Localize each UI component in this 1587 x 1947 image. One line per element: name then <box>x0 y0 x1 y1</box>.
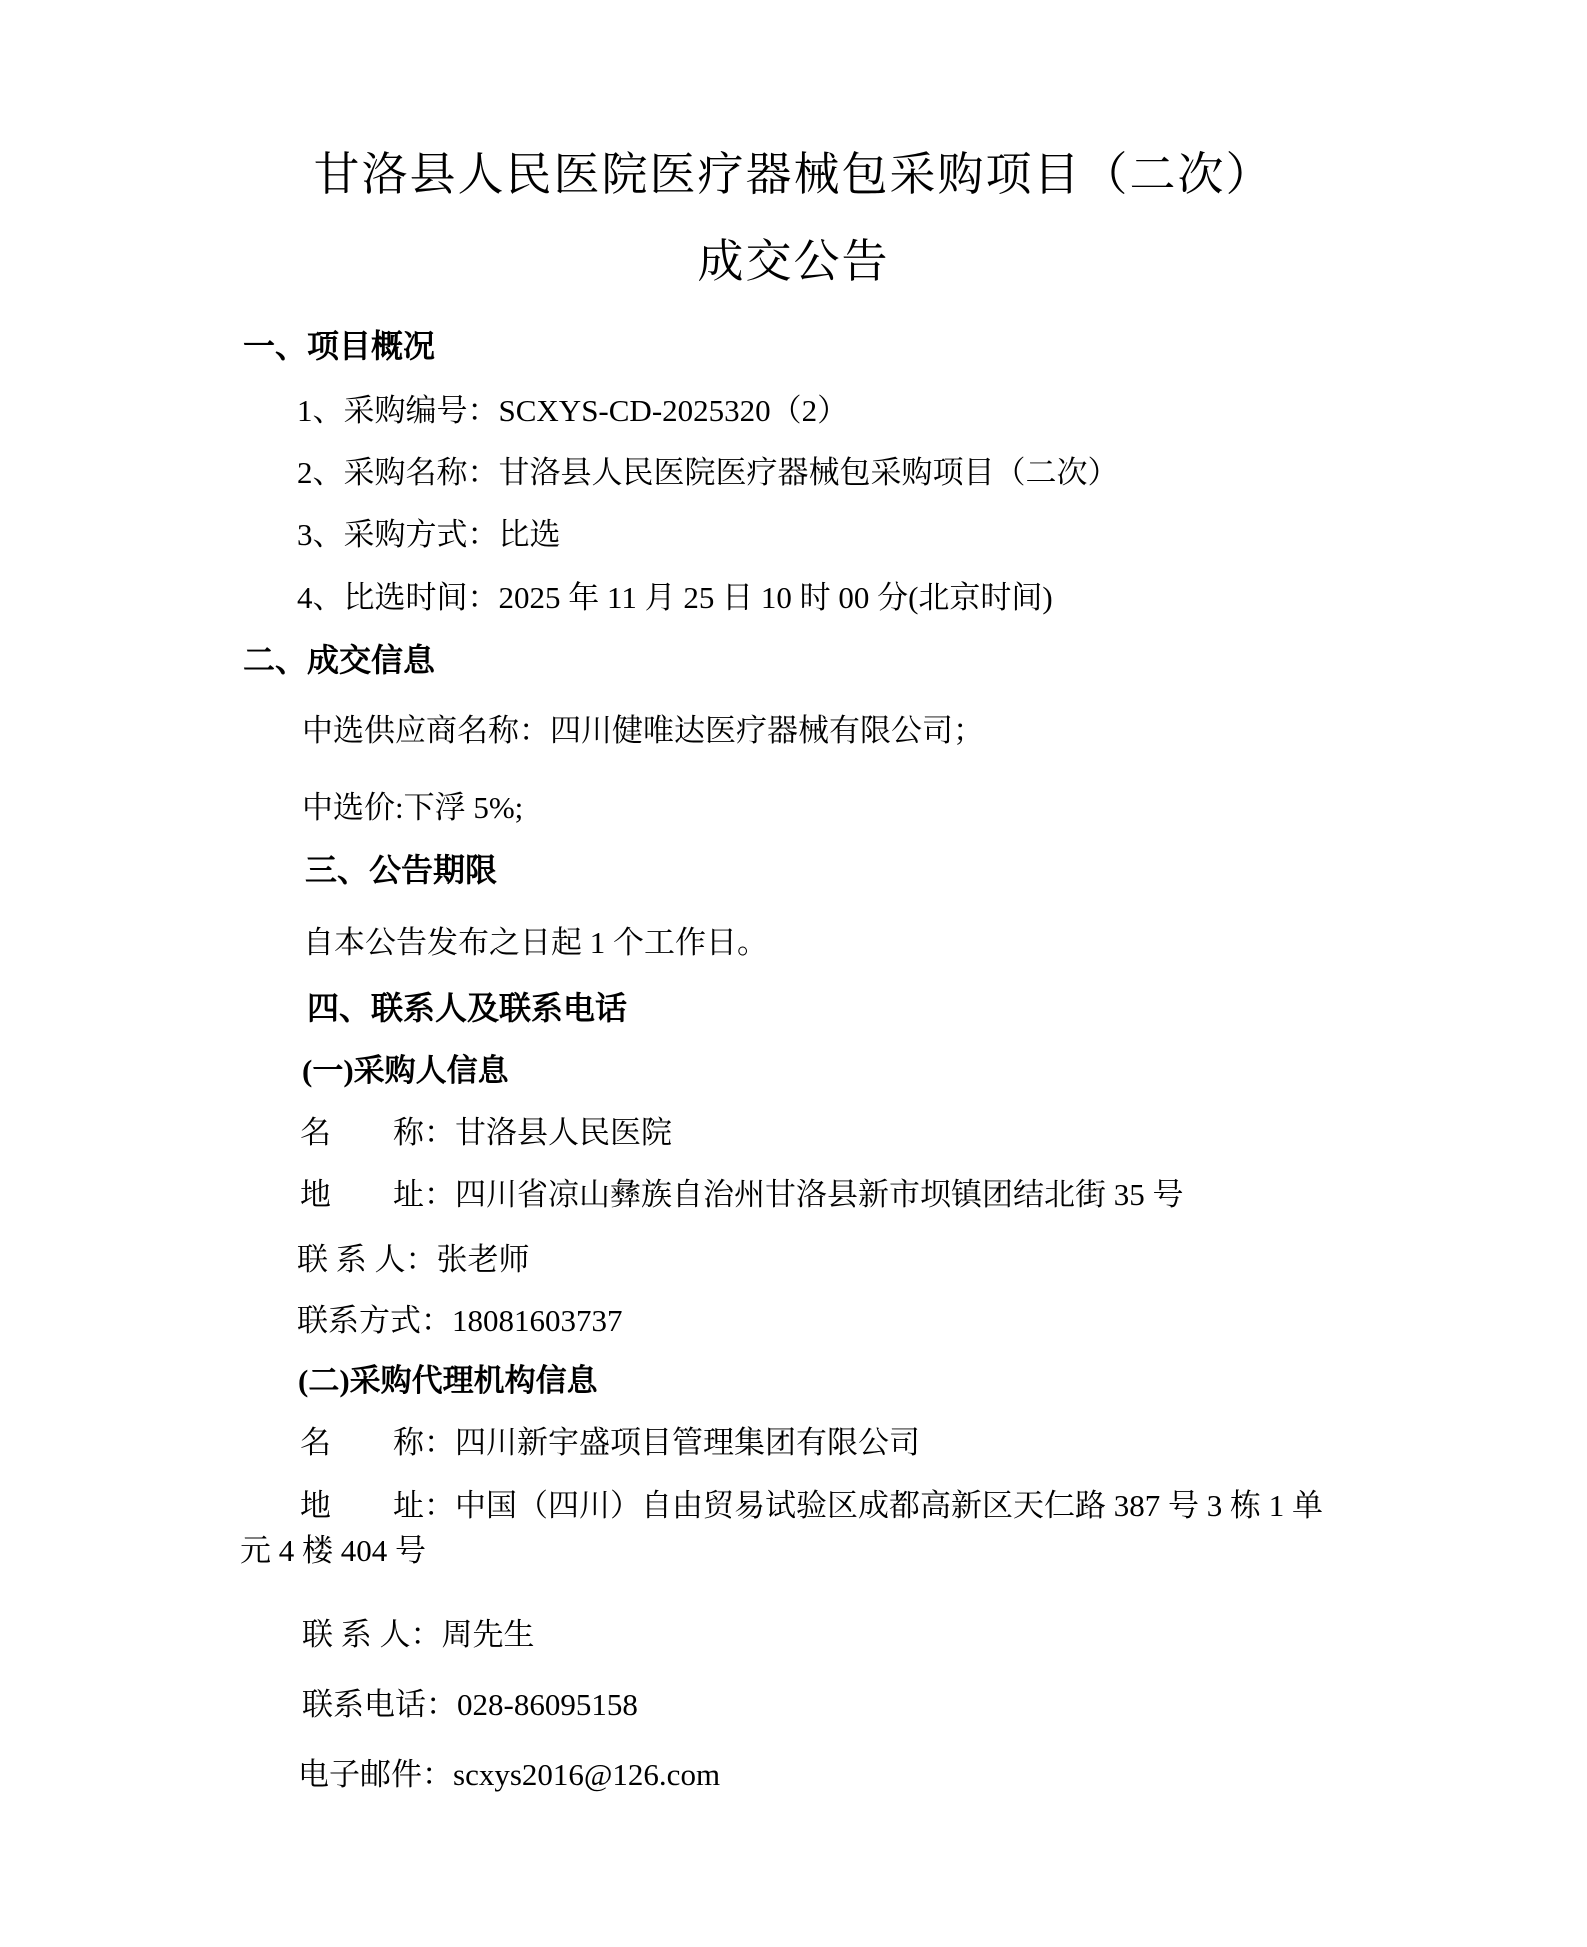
award-price: 中选价:下浮 5%; <box>302 789 523 826</box>
agency-info-heading: (二)采购代理机构信息 <box>298 1362 598 1399</box>
overview-item-procurement-name: 2、采购名称：甘洛县人民医院医疗器械包采购项目（二次） <box>297 454 1119 491</box>
purchaser-contact-person: 联 系 人：张老师 <box>297 1241 530 1278</box>
purchaser-name: 名 称：甘洛县人民医院 <box>300 1114 672 1151</box>
agency-email: 电子邮件：scxys2016@126.com <box>298 1756 720 1793</box>
document-title-line2: 成交公告 <box>0 236 1587 289</box>
document-title-line1: 甘洛县人民医院医疗器械包采购项目（二次） <box>0 149 1587 202</box>
section-heading-contacts: 四、联系人及联系电话 <box>307 989 627 1027</box>
award-supplier: 中选供应商名称：四川健唯达医疗器械有限公司； <box>302 712 984 749</box>
overview-item-procurement-number: 1、采购编号：SCXYS-CD-2025320（2） <box>297 392 848 429</box>
agency-contact-person: 联 系 人：周先生 <box>302 1616 535 1653</box>
overview-item-procurement-method: 3、采购方式：比选 <box>297 516 561 553</box>
section-heading-award: 二、成交信息 <box>243 641 435 679</box>
purchaser-phone: 联系方式：18081603737 <box>297 1302 623 1339</box>
agency-address-line2: 元 4 楼 404 号 <box>240 1532 426 1569</box>
overview-item-selection-time: 4、比选时间：2025 年 11 月 25 日 10 时 00 分(北京时间) <box>297 579 1053 616</box>
agency-name: 名 称：四川新宇盛项目管理集团有限公司 <box>300 1424 920 1461</box>
purchaser-info-heading: (一)采购人信息 <box>302 1052 509 1089</box>
agency-phone: 联系电话：028-86095158 <box>302 1686 638 1723</box>
agency-address-line1: 地 址：中国（四川）自由贸易试验区成都高新区天仁路 387 号 3 栋 1 单 <box>300 1487 1323 1524</box>
document-page: 甘洛县人民医院医疗器械包采购项目（二次） 成交公告 一、项目概况 1、采购编号：… <box>0 0 1587 1947</box>
section-heading-overview: 一、项目概况 <box>243 327 435 365</box>
purchaser-address: 地 址：四川省凉山彝族自治州甘洛县新市坝镇团结北街 35 号 <box>300 1176 1184 1213</box>
section-heading-period: 三、公告期限 <box>305 851 497 889</box>
period-body: 自本公告发布之日起 1 个工作日。 <box>303 924 768 961</box>
